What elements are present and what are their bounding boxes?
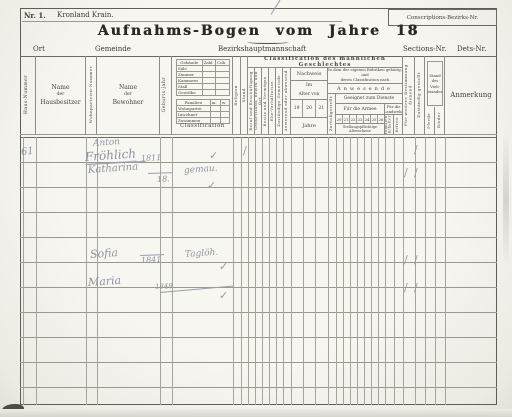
column-header-familienerhalter: Familien-Erhalter [385,115,394,134]
column-header-geburtsort: Geburtsland, Bezirk und Ort [255,68,262,134]
nachweis-title: Nachweis [291,68,328,81]
altersclasse-label: Stellungspflichtige Altersclasse [336,124,385,134]
grid-column-line [269,137,270,405]
handwriting-entry: 18. [157,174,170,184]
column-header-ehe: Ehe-Verhältnisse [269,68,276,134]
handwriting-entry: 61 [21,146,35,158]
sections-nr-label: Sections-Nr. [403,45,447,53]
pen-mark: ✓ [219,289,228,302]
fuer-die-landwehr: Für die Landwehr [385,104,403,115]
vieh-box: Stand des Vieh- standes [427,61,443,106]
grid-column-line [172,137,173,405]
grid-column-line [394,137,395,405]
year-cell: 20 [303,100,315,117]
dets-nr-label: Dets-Nr. [457,45,486,53]
grid-column-line [23,137,24,405]
grid-column-line [283,137,284,405]
scan-edge-smudge [503,135,509,265]
column-header-religion: Religion [233,56,241,134]
year-cell: 19 [291,100,303,117]
anwesende-spread-title: Anwesende [328,84,403,94]
form-number: Nr. 1. [24,11,46,20]
pen-mark: / [404,166,408,179]
ort-label: Ort [33,45,45,53]
grid-column-line [364,137,365,405]
pen-mark: / [404,253,408,266]
grid-column-line [86,137,87,405]
familien-table: Familien m. w. Wohnpartei Inwohner Zusam… [176,99,230,124]
grid-column-line [350,137,351,405]
pen-mark: / [414,166,418,179]
grid-column-line [357,137,358,405]
column-header-zustaendig-gestellt: Zuständig gestellt [415,56,425,134]
handwriting-entry: Maria [88,274,122,289]
column-header-rinder: Rinder [435,107,445,134]
scan-bottom-shade [0,409,512,417]
grid-column-line [378,137,379,405]
pen-mark: / [404,281,408,294]
grid-column-line [97,137,98,405]
pen-mark: ✓ [219,260,228,273]
grid-column-line [276,137,277,405]
column-header-zustaendig: Zuständige Gemeinde [276,68,283,134]
pen-mark: / [414,253,418,266]
anwesende-intro: In dem der eigenen Rubriken gehörig, und… [328,68,403,84]
year-cell: 25 [371,115,378,123]
grid-column-line [445,137,446,405]
grid-column-line [435,137,436,405]
column-header-beruf: Beruf und Beschäftigung [248,68,255,134]
grid-column-line [328,137,329,405]
form-title: Aufnahms-Bogen vom Jahre 18 [20,23,497,39]
grid-column-line [291,137,292,405]
year-cell: 23 [357,115,364,123]
grid-column-line [233,137,234,405]
nachweis-line1: Im [291,81,328,89]
title-flourish [247,40,289,44]
column-header-anwesend: Anwesend oder abwesend [283,68,291,134]
scanned-census-form: Nr. 1. Kronland Krain. Conscriptions-Bez… [0,0,512,417]
year-cell: 21 [316,100,327,117]
column-header-geburtsjahr: Geburts-Jahr [160,56,172,134]
handwriting-entry: 1841 [141,255,162,265]
column-header-besitz: Besitz und Vermögen [262,68,269,134]
pen-mark: ✓ [207,179,216,192]
grid-column-line [248,137,249,405]
nachweis-unit: Jahre [291,118,328,134]
grid-column-line [262,137,263,405]
column-header-befreit: Befreit [394,115,403,134]
grid-column-line [36,137,37,405]
column-header-wohnpartei: Wohnparteien-Nummer [86,56,97,134]
grid-column-line [371,137,372,405]
header-bottom-rule-1 [20,134,497,135]
crownland-label: Kronland Krain. [57,11,114,19]
classification-group-title: Classification des männlichen Geschlecht… [248,56,403,68]
grid-column-line [303,137,304,405]
top-rule [22,21,342,22]
column-header-bestimmung: Für weitere Bestimmung dienend [403,56,415,134]
grid-column-line [425,137,426,405]
grid-column-line [343,137,344,405]
pen-mark: / [243,144,247,157]
classification-label: Classification [172,123,233,129]
conscription-district-label: Conscriptions-Bezirks-Nr. [407,15,479,21]
grid-column-line [255,137,256,405]
armee-year-cells: 20212223242526 [336,115,385,124]
pen-mark: ✓ [209,149,218,162]
column-header-bewohner: Name der Bewohner [97,56,160,134]
year-cell: 26 [378,115,384,123]
year-cell: 21 [343,115,350,123]
handwriting-entry: Sofia [90,246,119,261]
grid-column-line [385,137,386,405]
grid-column-line [241,137,242,405]
year-cell: 24 [364,115,371,123]
nachweis-line2: Alter von [291,89,328,100]
gemeinde-label: Gemeinde [95,45,131,53]
pen-mark: / [414,281,418,294]
handwriting-entry: 1848 [155,282,173,291]
nachweis-year-cells: 192021 [291,100,328,118]
column-header-zurueckgestellt: Zurückgestellt [328,94,336,134]
year-cell: 22 [350,115,357,123]
geeignet-zum-dienste: Geeignet zum Dienste [336,94,403,104]
fuer-die-armee: Für die Armee [336,104,385,115]
column-header-anmerkung: Anmerkung [445,56,497,134]
column-header-stand: Stand [241,56,248,134]
column-header-pferde: Pferde [425,107,435,134]
gebaeude-table: Gebäude Zahl Cub. Säle Zimmer Kammern St… [176,59,230,96]
year-cell: 20 [336,115,343,123]
grid-column-line [336,137,337,405]
grid-column-line [315,137,316,405]
column-header-haus-nummer: Haus-Nummer [20,56,36,134]
bezirkshauptmannschaft-label: Bezirkshauptmannschaft [218,45,306,53]
pen-mark: / [414,143,418,156]
column-header-hausbesitzer: Name der Hausbesitzer [36,56,86,134]
